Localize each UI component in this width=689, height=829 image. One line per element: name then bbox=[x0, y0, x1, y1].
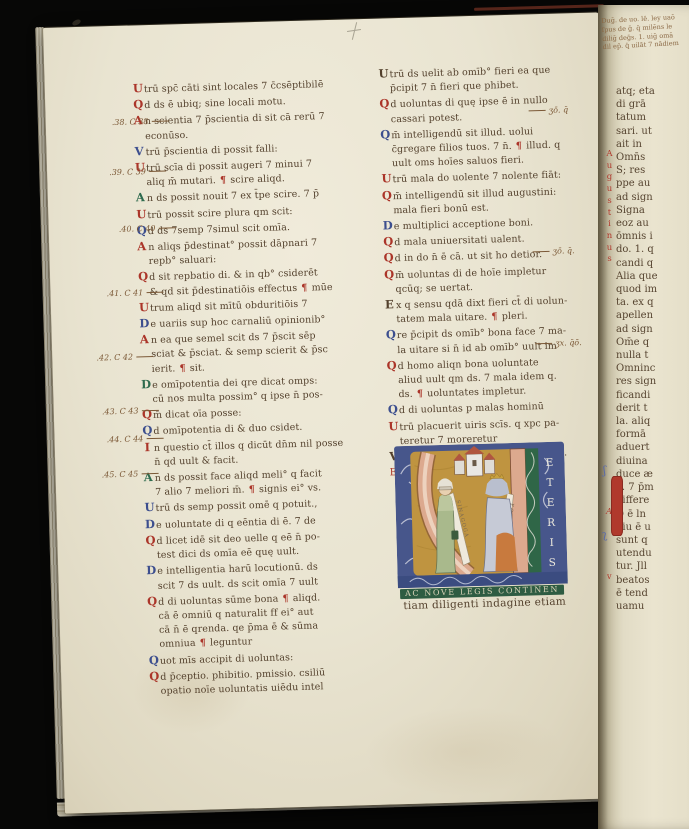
line-initial: D bbox=[145, 517, 154, 531]
chapter-number-mark: ʒx. q̄ō. bbox=[532, 338, 582, 348]
text-fragment: nulla t bbox=[616, 349, 658, 362]
line-initial: U bbox=[136, 207, 145, 221]
paraph-mark: ¶ bbox=[200, 638, 206, 649]
illuminated-initial-V: SINAGOGA ECCLESIA E T bbox=[394, 442, 568, 589]
tie-line bbox=[535, 343, 552, 344]
text-fragment: ppe au bbox=[616, 177, 658, 190]
line-initial: V bbox=[134, 144, 143, 158]
margin-letter: u bbox=[605, 184, 614, 196]
manuscript-left-page: Utrū spc̄ cāti sint locales 7 c̄csēptibi… bbox=[43, 12, 621, 813]
text-fragment: atq; eta bbox=[616, 85, 658, 98]
margin-letter: s bbox=[605, 196, 614, 208]
chapter-number-mark: .43. C 43 bbox=[102, 406, 162, 417]
tie-line bbox=[136, 356, 153, 357]
text-fragment: Signa bbox=[616, 204, 658, 217]
tie-line bbox=[529, 110, 546, 111]
red-edge-stain bbox=[474, 4, 604, 10]
parchment-stain bbox=[362, 704, 564, 800]
paraph-mark: ¶ bbox=[516, 141, 522, 152]
margin-letter: n bbox=[605, 231, 614, 243]
text-fragment: quod im bbox=[616, 283, 658, 296]
filigree-curl: ʃ bbox=[603, 464, 606, 477]
svg-text:T: T bbox=[546, 477, 553, 489]
filigree-curl: ʅ bbox=[602, 528, 607, 541]
text-fragment: Omn̄s bbox=[616, 151, 658, 164]
ink-blot bbox=[71, 18, 81, 26]
text-fragment: S; res bbox=[616, 164, 658, 177]
margin-letter: g bbox=[605, 172, 614, 184]
augustinus-margin-label: Augustinus bbox=[605, 149, 614, 266]
text-fragment: Alia que bbox=[616, 270, 658, 283]
line-initial: Q bbox=[388, 403, 397, 417]
chapter-number-mark: .42. C 42 bbox=[96, 352, 156, 363]
line-initial: E bbox=[385, 297, 394, 311]
text-fragment: diuina bbox=[616, 455, 658, 468]
text-fragment: aduert bbox=[616, 441, 658, 454]
text-fragment: ad sign bbox=[616, 323, 658, 336]
text-fragment: utendu bbox=[616, 547, 658, 560]
margin-letter: A bbox=[605, 149, 614, 161]
line-initial: Q bbox=[138, 270, 147, 284]
paraph-mark: ¶ bbox=[301, 282, 307, 293]
chapter-number: .41. C 41 bbox=[106, 288, 143, 298]
pencil-mark bbox=[346, 22, 364, 42]
text-fragment: apellen bbox=[616, 309, 658, 322]
chapter-number: ʒx. q̄ō. bbox=[555, 338, 582, 348]
line-initial: Q bbox=[149, 652, 158, 666]
synagoga-tablets bbox=[451, 531, 458, 540]
text-fragment: Omninc bbox=[616, 362, 658, 375]
chapter-number-mark: ʒō. q̄. bbox=[529, 246, 574, 256]
manuscript-photo: Utrū spc̄ cāti sint locales 7 c̄csēptibi… bbox=[0, 0, 689, 829]
svg-text:E: E bbox=[545, 457, 553, 469]
text-fragment: candi q bbox=[616, 257, 658, 270]
chapter-number: .44. C 44 bbox=[107, 434, 144, 444]
margin-letter: u bbox=[605, 161, 614, 173]
text-fragment: do. 1. q bbox=[616, 243, 658, 256]
margin-letter: t bbox=[605, 208, 614, 220]
text-fragment: formā bbox=[616, 428, 658, 441]
tie-line bbox=[146, 292, 163, 293]
chapter-number-mark: .38. C 38 bbox=[112, 116, 172, 127]
paraph-mark: ¶ bbox=[249, 484, 255, 495]
tie-line bbox=[141, 473, 158, 474]
line-initial: Q bbox=[383, 234, 392, 248]
text-fragment: Om̄e q bbox=[616, 336, 658, 349]
margin-letter: s bbox=[605, 254, 614, 266]
marginal-gloss: Duḡ. de uo. lē. ley uaōſpus de ḡ. q̄ mil… bbox=[601, 13, 679, 52]
synagoga-blindfold bbox=[439, 487, 451, 490]
chapter-number-mark: .44. C 44 bbox=[107, 434, 167, 445]
text-fragment: ficandi bbox=[616, 389, 658, 402]
text-fragment: derit t bbox=[616, 402, 658, 415]
line-initial: Q bbox=[145, 533, 154, 547]
line-initial: Q bbox=[380, 127, 389, 141]
line-initial: D bbox=[146, 563, 155, 577]
chapter-number: .42. C 42 bbox=[96, 353, 133, 363]
line-initial: U bbox=[133, 81, 142, 95]
line-initial: Q bbox=[383, 251, 392, 265]
chapter-number-mark: .40. C 40 bbox=[119, 223, 179, 234]
line-initial: Q bbox=[133, 97, 142, 111]
tie-line bbox=[142, 410, 159, 411]
line-initial: Q bbox=[384, 267, 393, 281]
capitula-list-right-column: Utrū ds uelit ab omīb° fieri ea quep̄cip… bbox=[378, 61, 581, 481]
text-fragment: di grā bbox=[616, 98, 658, 111]
chapter-number: .43. C 43 bbox=[102, 406, 139, 416]
text-fragment: ait in bbox=[616, 138, 658, 151]
text-fragment: ōmnis i bbox=[616, 230, 658, 243]
text-fragment: sunt q bbox=[616, 534, 658, 547]
line-initial: Q bbox=[379, 97, 388, 111]
tie-line bbox=[149, 171, 166, 172]
line-initial: D bbox=[139, 316, 148, 330]
line-initial: U bbox=[388, 419, 397, 433]
text-fragment: ta. ex q bbox=[616, 296, 658, 309]
paraph-mark: ¶ bbox=[220, 175, 226, 186]
chapter-number-mark: .39. C 39 bbox=[109, 166, 169, 177]
line-initial: Q bbox=[386, 328, 395, 342]
paraph-mark: ¶ bbox=[179, 363, 185, 374]
line-initial: U bbox=[139, 300, 148, 314]
chapter-number: .40. C 40 bbox=[119, 224, 156, 234]
line-initial: Q bbox=[147, 594, 156, 608]
text-fragment: la. aliq bbox=[616, 415, 658, 428]
chapter-number: ʒō. q̄ bbox=[549, 105, 569, 115]
svg-text:S: S bbox=[549, 557, 557, 569]
tie-line bbox=[158, 227, 175, 228]
text-fragment: eoz au bbox=[616, 217, 658, 230]
text-fragment: tur. Jll bbox=[616, 560, 658, 573]
line-initial: A bbox=[137, 239, 146, 253]
paraph-mark: ¶ bbox=[417, 389, 423, 400]
margin-mark-v: v bbox=[607, 572, 612, 581]
line-initial: U bbox=[378, 66, 387, 80]
margin-letter: i bbox=[605, 219, 614, 231]
svg-text:R: R bbox=[547, 517, 556, 529]
tie-line bbox=[151, 120, 168, 121]
line-initial: A bbox=[136, 191, 145, 205]
manuscript-right-page: Duḡ. de uo. lē. ley uaōſpus de ḡ. q̄ mil… bbox=[598, 5, 689, 829]
text-fragment: ad sign bbox=[616, 191, 658, 204]
text-fragment: sari. ut bbox=[616, 125, 658, 138]
initial-I: ʃ ʅ bbox=[611, 476, 623, 536]
chapter-number: .45. C 45 bbox=[102, 469, 139, 479]
line-initial: Q bbox=[382, 188, 391, 202]
line-initial: A bbox=[140, 332, 149, 346]
margin-letter: u bbox=[605, 243, 614, 255]
text-fragment: tatum bbox=[616, 111, 658, 124]
paraph-mark: ¶ bbox=[282, 593, 288, 604]
chapter-number: .38. C 38 bbox=[112, 117, 149, 127]
line-initial: Q bbox=[386, 358, 395, 372]
svg-text:E: E bbox=[547, 497, 555, 509]
text-fragment: beatos bbox=[616, 574, 658, 587]
chapter-number: .39. C 39 bbox=[109, 167, 146, 177]
chapter-number-mark: ʒō. q̄ bbox=[526, 105, 569, 115]
chapter-number-mark: .41. C 41 bbox=[106, 288, 166, 299]
tie-line bbox=[146, 438, 163, 439]
tie-line bbox=[533, 251, 550, 252]
line-initial: D bbox=[141, 377, 150, 391]
line-initial: D bbox=[383, 218, 392, 232]
line-initial: Q bbox=[149, 669, 158, 683]
text-fragment: ē tend bbox=[616, 587, 658, 600]
text-fragment: uamu bbox=[616, 600, 658, 613]
margin-letter-a: A bbox=[606, 507, 612, 517]
chapter-number: ʒō. q̄. bbox=[552, 246, 574, 256]
chapter-number-mark: .45. C 45 bbox=[102, 469, 162, 480]
ecclesia-robe bbox=[494, 532, 517, 571]
capitula-list-left-column: Utrū spc̄ cāti sint locales 7 c̄csēptibi… bbox=[133, 74, 408, 699]
paraph-mark: ¶ bbox=[491, 312, 497, 323]
text-fragment: res sign bbox=[616, 375, 658, 388]
line-initial: U bbox=[144, 501, 153, 515]
line-initial: U bbox=[381, 172, 390, 186]
svg-text:I: I bbox=[549, 537, 553, 549]
